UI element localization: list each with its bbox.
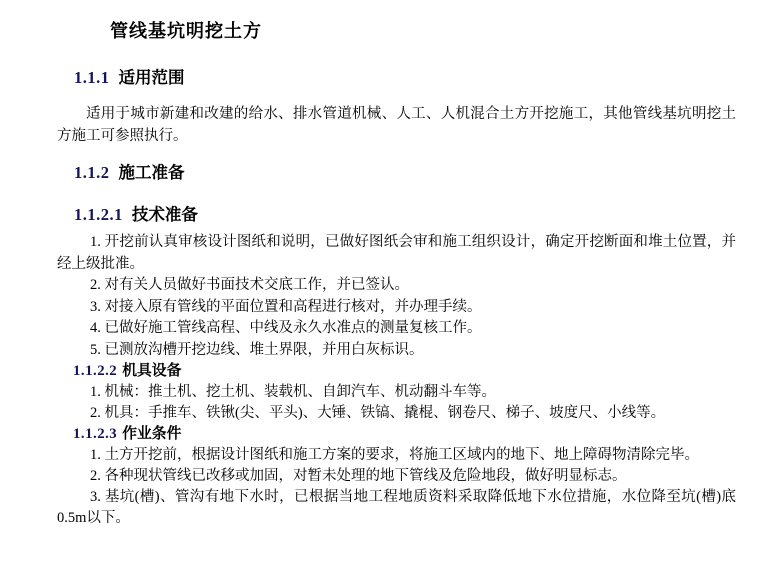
list-item: 3. 基坑(槽)、管沟有地下水时，已根据当地工程地质资料采取降低地下水位措施，水…	[57, 487, 736, 529]
heading-text: 施工准备	[119, 163, 185, 182]
section-heading-1-1-2: 1.1.2施工准备	[74, 162, 736, 183]
heading-number: 1.1.2	[74, 163, 110, 182]
heading-number: 1.1.2.3	[73, 426, 117, 442]
intro-paragraph: 适用于城市新建和改建的给水、排水管道机械、人工、人机混合土方开挖施工，其他管线基…	[57, 103, 736, 147]
heading-text: 作业条件	[122, 426, 181, 442]
list-item: 2. 各种现状管线已改移或加固，对暂未处理的地下管线及危险地段，做好明显标志。	[57, 466, 736, 487]
section-heading-1-1-2-3: 1.1.2.3作业条件	[73, 424, 736, 445]
document-content: 管线基坑明挖土方 1.1.1适用范围 适用于城市新建和改建的给水、排水管道机械、…	[0, 20, 760, 529]
section-heading-1-1-2-1: 1.1.2.1技术准备	[74, 204, 736, 225]
list-item: 1. 开挖前认真审核设计图纸和说明，已做好图纸会审和施工组织设计，确定开挖断面和…	[57, 232, 736, 275]
section-heading-1-1-1: 1.1.1适用范围	[74, 67, 736, 88]
list-item: 2. 对有关人员做好书面技术交底工作，并已签认。	[57, 275, 736, 297]
work-conditions-list: 1. 土方开挖前，根据设计图纸和施工方案的要求，将施工区域内的地下、地上障碍物清…	[57, 445, 736, 529]
document-page: 管线基坑明挖土方 1.1.1适用范围 适用于城市新建和改建的给水、排水管道机械、…	[0, 0, 760, 569]
list-item: 1. 土方开挖前，根据设计图纸和施工方案的要求，将施工区域内的地下、地上障碍物清…	[57, 445, 736, 466]
document-title: 管线基坑明挖土方	[110, 20, 736, 42]
list-item: 2. 机具：手推车、铁锹(尖、平头)、大锤、铁镐、撬棍、钢卷尺、梯子、坡度尺、小…	[57, 403, 736, 424]
equipment-list: 1. 机械：推土机、挖土机、装载机、自卸汽车、机动翻斗车等。 2. 机具：手推车…	[57, 382, 736, 424]
list-item: 3. 对接入原有管线的平面位置和高程进行核对，并办理手续。	[57, 297, 736, 319]
heading-text: 机具设备	[122, 363, 181, 379]
list-item: 1. 机械：推土机、挖土机、装载机、自卸汽车、机动翻斗车等。	[57, 382, 736, 403]
technical-preparation-list: 1. 开挖前认真审核设计图纸和说明，已做好图纸会审和施工组织设计，确定开挖断面和…	[57, 232, 736, 361]
section-heading-1-1-2-2: 1.1.2.2机具设备	[73, 361, 736, 382]
heading-number: 1.1.2.2	[73, 363, 117, 379]
list-item: 5. 已测放沟槽开挖边线、堆土界限，并用白灰标识。	[57, 340, 736, 362]
heading-number: 1.1.1	[74, 68, 110, 87]
heading-text: 技术准备	[132, 205, 198, 224]
list-item: 4. 已做好施工管线高程、中线及永久水准点的测量复核工作。	[57, 318, 736, 340]
heading-text: 适用范围	[119, 68, 185, 87]
heading-number: 1.1.2.1	[74, 205, 123, 224]
